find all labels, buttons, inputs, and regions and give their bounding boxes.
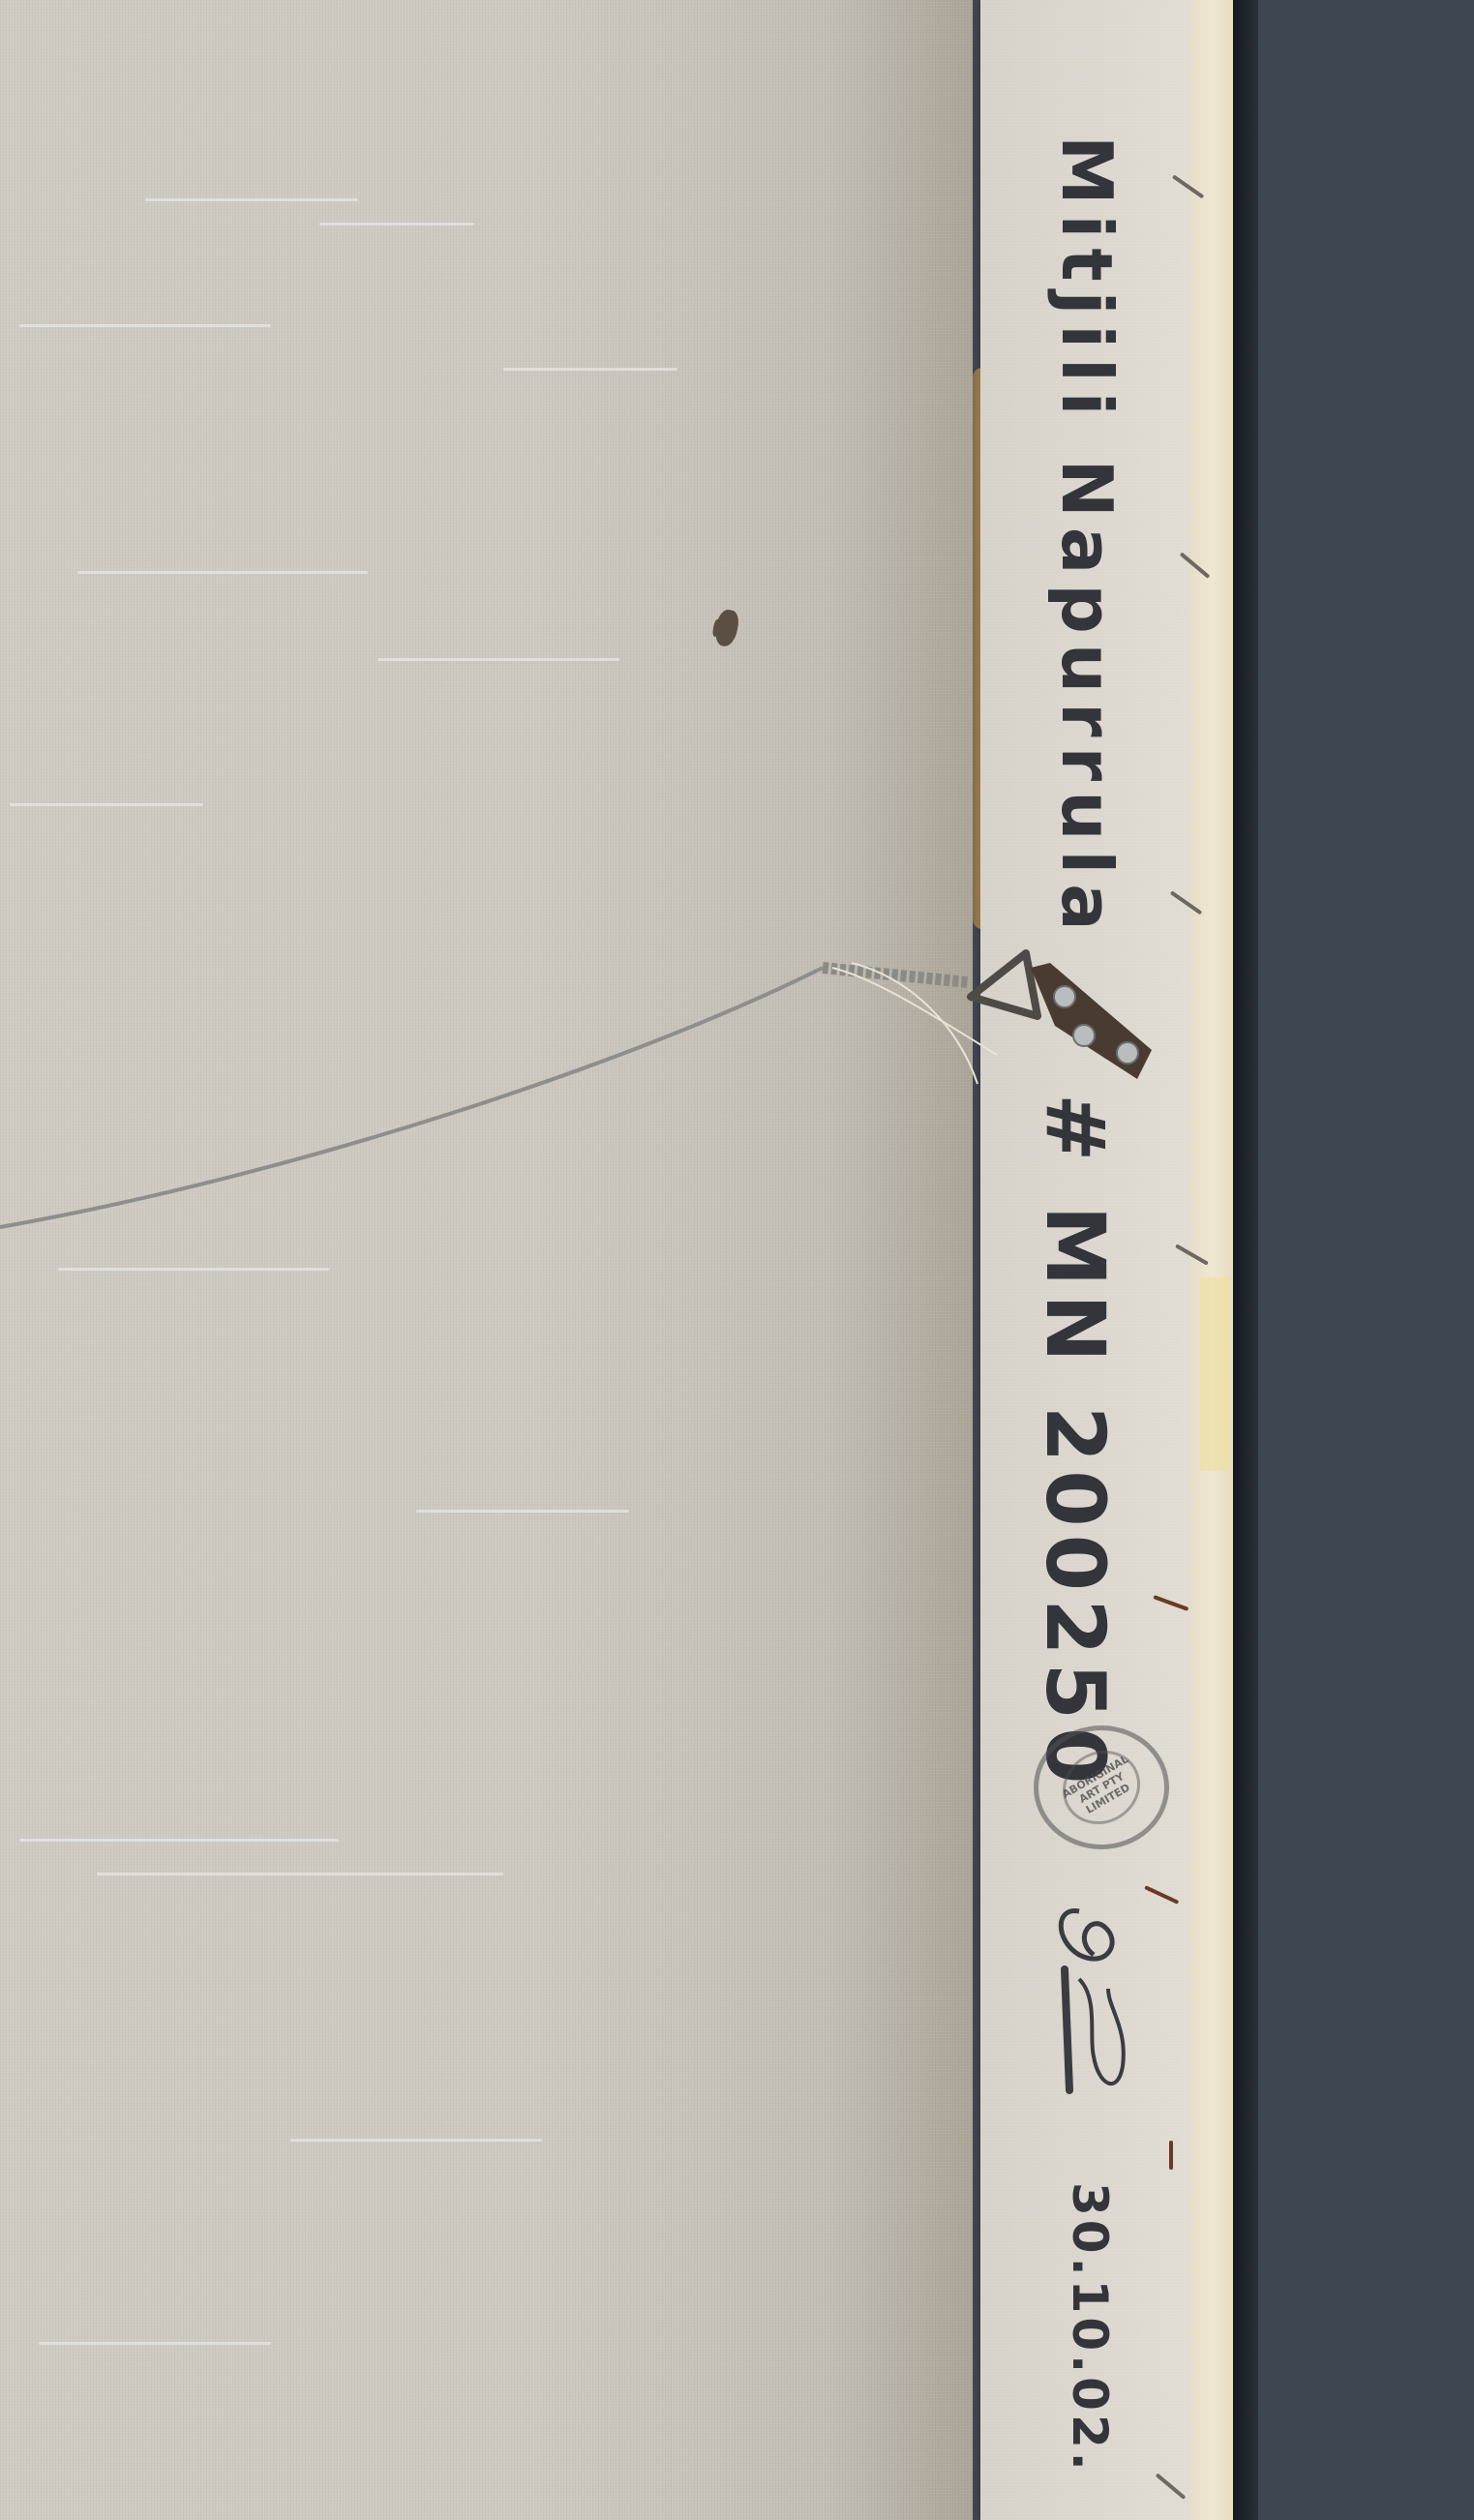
stamp-text: ABORIGINAL ART PTY LIMITED — [1060, 1753, 1143, 1822]
catalog-number-inscription: # MN 200250 — [1028, 1094, 1123, 1791]
paint-streak — [97, 1873, 503, 1875]
paint-streak — [416, 1510, 629, 1513]
paint-streak — [503, 368, 677, 371]
paint-streak — [10, 803, 203, 806]
paint-streak — [290, 2139, 542, 2142]
paint-streak — [58, 1268, 329, 1271]
paint-streak — [39, 2342, 271, 2345]
paint-streak — [319, 223, 474, 225]
frame-black-edge — [1233, 0, 1258, 2520]
canvas-back — [0, 0, 973, 2520]
paint-streak — [377, 658, 619, 661]
paint-streak — [19, 324, 271, 327]
staple-icon — [1169, 2141, 1173, 2170]
signature-icon — [1050, 1902, 1137, 2115]
paint-streak — [77, 571, 368, 574]
gallery-stamp: ABORIGINAL ART PTY LIMITED — [1034, 1725, 1169, 1849]
paint-streak — [19, 1839, 339, 1842]
date-inscription: 30.10.02. — [1062, 2182, 1118, 2475]
artist-name-inscription: Mitjili Napurrula — [1046, 135, 1128, 941]
yellow-paint-patch — [1200, 1277, 1229, 1471]
paint-streak — [145, 198, 358, 201]
